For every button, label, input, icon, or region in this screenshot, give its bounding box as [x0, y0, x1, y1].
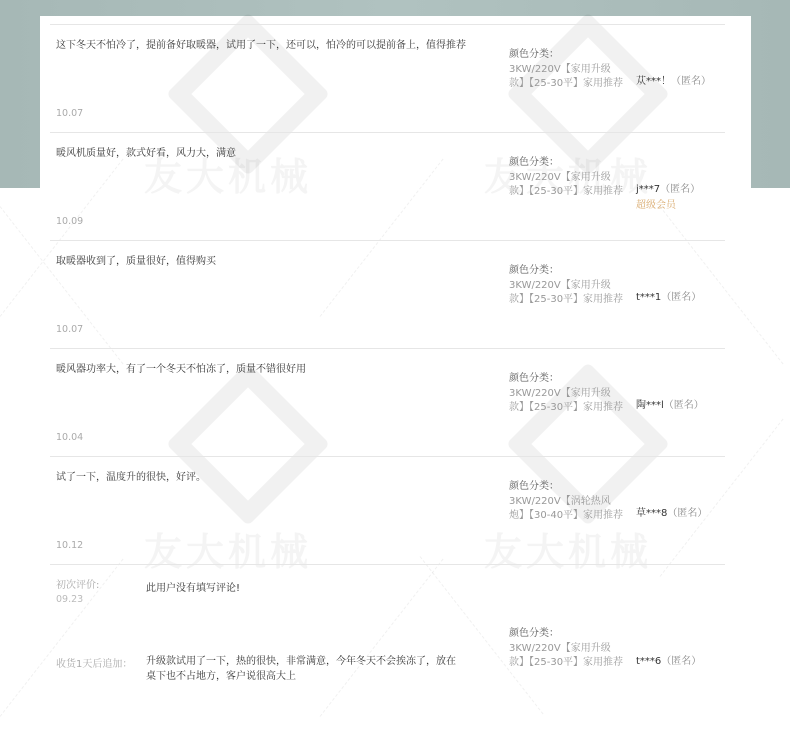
- anonymous-tag: （匿名）: [660, 184, 700, 195]
- sku-value: 3KW/220V【家用升级款】【25-30平】家用推荐: [509, 280, 623, 306]
- sku-label: 颜色分类：: [509, 48, 624, 63]
- anonymous-tag: （匿名）: [661, 292, 701, 303]
- anonymous-tag: （匿名）: [661, 656, 701, 667]
- review-sku: 颜色分类： 3KW/220V【家用升级款】【25-30平】家用推荐: [509, 372, 624, 416]
- review-date: 10.07: [56, 108, 83, 119]
- review-row-appended: 初次评价: 09.23 此用户没有填写评论! 收货1天后追加： 升级款试用了一下…: [50, 564, 725, 715]
- anonymous-tag: （匿名）: [664, 400, 704, 411]
- reviewer: 草***8（匿名）: [636, 504, 707, 519]
- review-sku: 颜色分类： 3KW/220V【家用升级款】【25-30平】家用推荐: [509, 156, 624, 200]
- review-comment: 试了一下，温度升的很快，好评。: [56, 471, 486, 485]
- review-sku: 颜色分类： 3KW/220V【涡轮热风炮】【30-40平】家用推荐: [509, 480, 624, 524]
- sku-label: 颜色分类：: [509, 264, 624, 279]
- review-row: 这下冬天不怕冷了，提前备好取暖器，试用了一下，还可以，怕冷的可以提前备上，值得推…: [50, 24, 725, 132]
- sku-label: 颜色分类：: [509, 372, 624, 387]
- sku-value: 3KW/220V【家用升级款】【25-30平】家用推荐: [509, 643, 623, 669]
- initial-review-text: 此用户没有填写评论!: [146, 579, 240, 594]
- review-comment: 暖风器功率大，有了一个冬天不怕冻了，质量不错很好用: [56, 363, 486, 377]
- reviewer-name: j***7: [636, 184, 660, 195]
- review-date: 10.07: [56, 324, 83, 335]
- review-table: 这下冬天不怕冷了，提前备好取暖器，试用了一下，还可以，怕冷的可以提前备上，值得推…: [50, 24, 725, 715]
- review-row: 试了一下，温度升的很快，好评。 10.12 颜色分类： 3KW/220V【涡轮热…: [50, 456, 725, 564]
- review-comment: 暖风机质量好，款式好看，风力大，满意: [56, 147, 486, 161]
- reviewer: 苁***！（匿名）: [636, 72, 711, 87]
- review-sku: 颜色分类： 3KW/220V【家用升级款】【25-30平】家用推荐: [509, 48, 624, 92]
- sku-value: 3KW/220V【家用升级款】【25-30平】家用推荐: [509, 388, 623, 414]
- sku-value: 3KW/220V【家用升级款】【25-30平】家用推荐: [509, 64, 623, 90]
- review-comment: 这下冬天不怕冷了，提前备好取暖器，试用了一下，还可以，怕冷的可以提前备上，值得推…: [56, 39, 486, 53]
- reviewer: t***1（匿名）: [636, 288, 701, 303]
- anonymous-tag: （匿名）: [667, 508, 707, 519]
- reviewer-name: 草***8: [636, 508, 667, 519]
- review-sku: 颜色分类： 3KW/220V【家用升级款】【25-30平】家用推荐: [509, 627, 624, 671]
- anonymous-tag: （匿名）: [671, 76, 711, 87]
- vip-badge[interactable]: 超级会员: [636, 196, 700, 211]
- reviewer-name: t***6: [636, 656, 661, 667]
- sku-value: 3KW/220V【家用升级款】【25-30平】家用推荐: [509, 172, 623, 198]
- review-date: 10.12: [56, 540, 83, 551]
- reviewer-name: t***1: [636, 292, 661, 303]
- initial-review-date: 09.23: [56, 594, 83, 605]
- review-date: 10.09: [56, 216, 83, 227]
- sku-value: 3KW/220V【涡轮热风炮】【30-40平】家用推荐: [509, 496, 623, 522]
- appended-review-text: 升级款试用了一下，热的很快，非常满意，今年冬天不会挨冻了，放在桌下也不占地方，客…: [146, 655, 456, 684]
- initial-review-label: 初次评价:: [56, 579, 99, 593]
- review-row: 取暖器收到了，质量很好，值得购买 10.07 颜色分类： 3KW/220V【家用…: [50, 240, 725, 348]
- sku-label: 颜色分类：: [509, 156, 624, 171]
- reviewer: t***6（匿名）: [636, 652, 701, 667]
- appended-review-label: 收货1天后追加：: [56, 655, 132, 670]
- review-row: 暖风机质量好，款式好看，风力大，满意 10.09 颜色分类： 3KW/220V【…: [50, 132, 725, 240]
- sku-label: 颜色分类：: [509, 627, 624, 642]
- sku-label: 颜色分类：: [509, 480, 624, 495]
- review-comment: 取暖器收到了，质量很好，值得购买: [56, 255, 486, 269]
- reviewer: 陶***l（匿名）: [636, 396, 704, 411]
- reviewer-name: 苁***！: [636, 76, 671, 87]
- review-date: 10.04: [56, 432, 83, 443]
- review-row: 暖风器功率大，有了一个冬天不怕冻了，质量不错很好用 10.04 颜色分类： 3K…: [50, 348, 725, 456]
- review-sku: 颜色分类： 3KW/220V【家用升级款】【25-30平】家用推荐: [509, 264, 624, 308]
- reviewer: j***7（匿名） 超级会员: [636, 180, 700, 211]
- reviewer-name: 陶***l: [636, 400, 664, 411]
